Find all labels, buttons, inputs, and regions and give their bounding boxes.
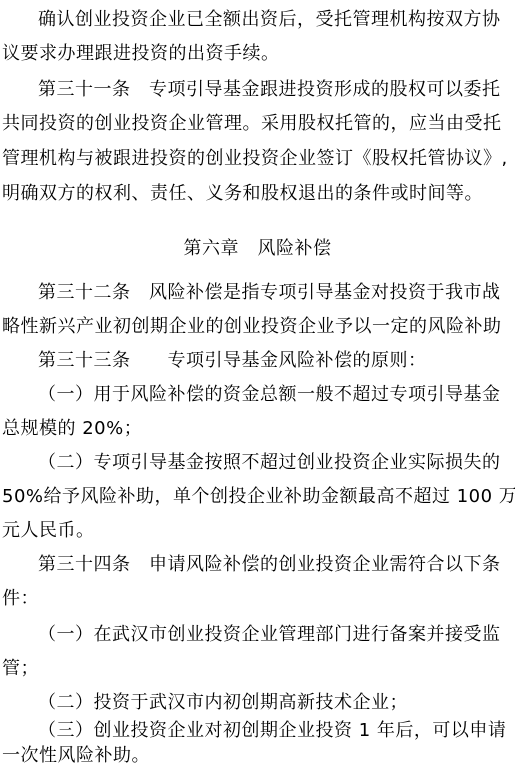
clause-line: （二）专项引导基金按照不超过创业投资企业实际损失的 [38,452,501,474]
paragraph-line: 议要求办理跟进投资的出资手续。 [2,43,280,65]
paragraph-line: 一次性风险补助。 [2,745,150,767]
clause-line: （二）投资于武汉市内初创期高新技术企业； [38,692,408,714]
clause-line: （三）创业投资企业对初创期企业投资 1 年后，可以申请 [38,720,506,742]
paragraph-line: 共同投资的创业投资企业管理。采用股权托管的，应当由受托 [2,113,502,135]
paragraph-line: 确认创业投资企业已全额出资后，受托管理机构按双方协 [38,9,501,31]
paragraph-line: 管理机构与被跟进投资的创业投资企业签订《股权托管协议》, [2,148,508,170]
chapter-title: 第六章 风险补偿 [0,238,515,260]
article-33-line: 第三十三条 专项引导基金风险补偿的原则： [38,350,427,372]
paragraph-line: 总规模的 20%； [2,418,142,440]
clause-line: （一）用于风险补偿的资金总额一般不超过专项引导基金 [38,384,501,406]
paragraph-line: 元人民币。 [2,520,95,542]
paragraph-line: 管； [2,658,39,680]
paragraph-line: 50%给予风险补助，单个创投企业补助金额最高不超过 100 万 [2,486,515,508]
paragraph-line: 件： [2,588,39,610]
article-32-line: 第三十二条 风险补偿是指专项引导基金对投资于我市战 [38,282,501,304]
paragraph-line: 略性新兴产业初创期企业的创业投资企业予以一定的风险补助 [2,316,502,338]
clause-line: （一）在武汉市创业投资企业管理部门进行备案并接受监 [38,624,501,646]
article-34-line: 第三十四条 申请风险补偿的创业投资企业需符合以下条 [38,554,501,576]
article-31-line: 第三十一条 专项引导基金跟进投资形成的股权可以委托 [38,79,501,101]
paragraph-line: 明确双方的权利、责任、义务和股权退出的条件或时间等。 [2,183,483,205]
